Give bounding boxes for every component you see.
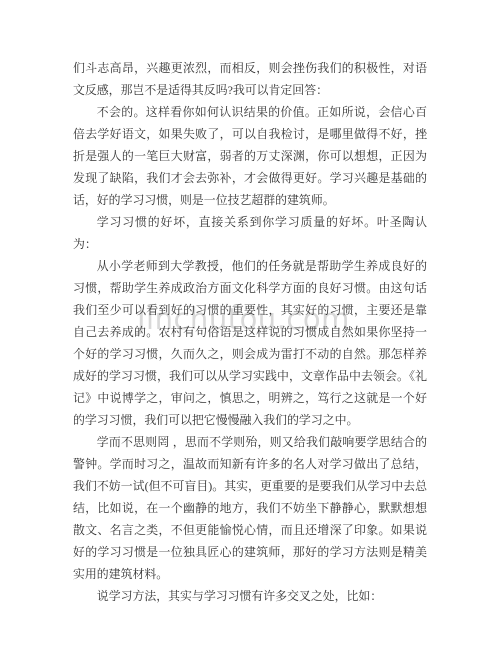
paragraph: 们斗志高昂，兴趣更浓烈，而相反，则会挫伤我们的积极性，对语文反感，那岂不是适得其…: [73, 57, 427, 101]
paragraph: 从小学老师到大学教授，他们的任务就是帮助学生养成良好的习惯，帮助学生养成政治方面…: [73, 255, 427, 431]
paragraph: 学而不思则罔 ，思而不学则殆，则又给我们敲响要学思结合的警钟。学而时习之，温故而…: [73, 431, 427, 585]
paragraph: 说学习方法，其实与学习习惯有许多交叉之处，比如：: [73, 585, 427, 607]
paragraph: 不会的。这样看你如何认识结果的价值。正如所说，会信心百倍去学好语文，如果失败了，…: [73, 101, 427, 211]
document-page: Jinchutou.com 们斗志高昂，兴趣更浓烈，而相反，则会挫伤我们的积极性…: [0, 0, 500, 648]
document-body: 们斗志高昂，兴趣更浓烈，而相反，则会挫伤我们的积极性，对语文反感，那岂不是适得其…: [73, 57, 427, 607]
paragraph: 学习习惯的好坏，直接关系到你学习质量的好坏。叶圣陶认为：: [73, 211, 427, 255]
